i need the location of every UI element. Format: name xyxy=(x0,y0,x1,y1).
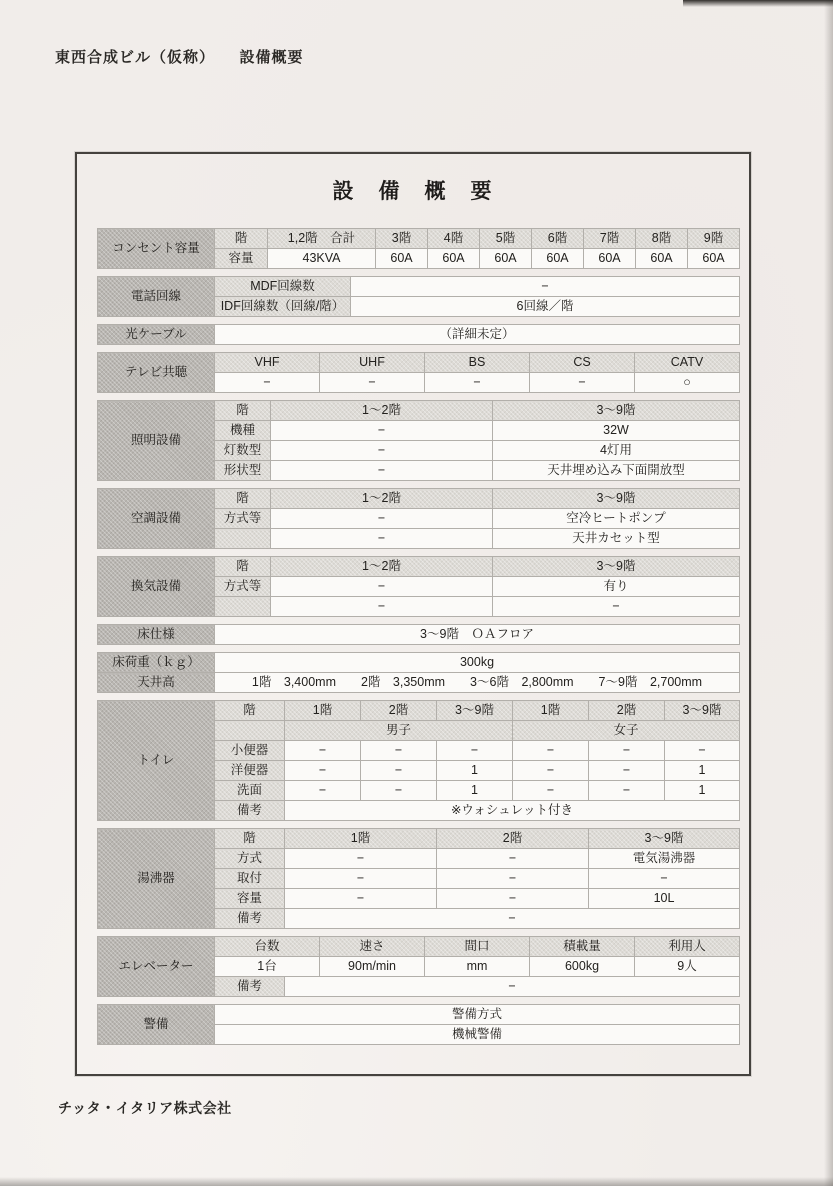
cell-value: 1台 xyxy=(215,957,320,977)
section-label: テレビ共聴 xyxy=(98,353,215,393)
column-header: 9階 xyxy=(688,229,740,249)
row-label: 洋便器 xyxy=(215,761,285,781)
row-label: 取付 xyxy=(215,869,285,889)
column-header: 2階 xyxy=(589,701,665,721)
column-header: CATV xyxy=(635,353,740,373)
gender-header-female: 女子 xyxy=(513,721,740,741)
row-label: 容量 xyxy=(215,889,285,909)
table-row: 警備 警備方式 xyxy=(98,1005,740,1025)
table-optical-cable: 光ケーブル （詳細未定） xyxy=(97,324,740,345)
cell-value: 空冷ヒートポンプ xyxy=(493,509,740,529)
column-header: VHF xyxy=(215,353,320,373)
column-header: 3階 xyxy=(376,229,428,249)
cell-value: − xyxy=(351,277,740,297)
row-label: 階 xyxy=(215,557,271,577)
table-row: コンセント容量 階 1,2階 合計 3階 4階 5階 6階 7階 8階 9階 xyxy=(98,229,740,249)
column-header: UHF xyxy=(320,353,425,373)
cell-value: 電気湯沸器 xyxy=(589,849,740,869)
cell-value: − xyxy=(271,509,493,529)
cell-value: − xyxy=(589,869,740,889)
table-floor-spec: 床仕様 3～9階 ＯＡフロア xyxy=(97,624,740,645)
cell-value: 600kg xyxy=(530,957,635,977)
table-row: トイレ 階 1階 2階 3～9階 1階 2階 3～9階 xyxy=(98,701,740,721)
table-row: エレベーター 台数 速さ 間口 積載量 利用人 xyxy=(98,937,740,957)
table-security: 警備 警備方式 機械警備 xyxy=(97,1004,740,1045)
cell-value: 60A xyxy=(376,249,428,269)
company-name: チッタ・イタリア株式会社 xyxy=(58,1098,232,1118)
column-header: 5階 xyxy=(480,229,532,249)
row-label xyxy=(215,529,271,549)
table-row: 換気設備 階 1～2階 3～9階 xyxy=(98,557,740,577)
scanned-document-page: 東西合成ビル（仮称） 設備概要 設 備 概 要 コンセント容量 階 1,2階 合… xyxy=(0,0,833,1186)
table-ventilation: 換気設備 階 1～2階 3～9階 方式等 − 有り − − xyxy=(97,556,740,617)
cell-value: − xyxy=(589,781,665,801)
row-label xyxy=(215,721,285,741)
column-header: CS xyxy=(530,353,635,373)
scan-edge-shadow-top xyxy=(683,0,833,7)
cell-value: − xyxy=(361,741,437,761)
row-label: 機種 xyxy=(215,421,271,441)
section-label: 床荷重（ｋｇ） xyxy=(98,653,215,673)
cell-value: 60A xyxy=(428,249,480,269)
cell-value: − xyxy=(271,441,493,461)
column-header: 3～9階 xyxy=(665,701,740,721)
catv-available-mark: ○ xyxy=(635,373,740,393)
section-label: 床仕様 xyxy=(98,625,215,645)
section-label: 電話回線 xyxy=(98,277,215,317)
column-header: 1～2階 xyxy=(271,401,493,421)
table-tv-reception: テレビ共聴 VHF UHF BS CS CATV − − − − ○ xyxy=(97,352,740,393)
cell-value: 天井埋め込み下面開放型 xyxy=(493,461,740,481)
cell-value: 警備方式 xyxy=(215,1005,740,1025)
scan-edge-shadow-right xyxy=(824,0,833,1186)
cell-value: 機械警備 xyxy=(215,1025,740,1045)
cell-value: − xyxy=(271,529,493,549)
cell-value: 43KVA xyxy=(268,249,376,269)
table-row: 天井高 1階 3,400mm 2階 3,350mm 3～6階 2,800mm 7… xyxy=(98,673,740,693)
gender-header-male: 男子 xyxy=(285,721,513,741)
row-label: 形状型 xyxy=(215,461,271,481)
row-label: 階 xyxy=(215,401,271,421)
column-header: 1～2階 xyxy=(271,557,493,577)
table-row: 床荷重（ｋｇ） 300kg xyxy=(98,653,740,673)
cell-value: 1 xyxy=(437,781,513,801)
column-header: 2階 xyxy=(361,701,437,721)
cell-value: − xyxy=(320,373,425,393)
table-row: 光ケーブル （詳細未定） xyxy=(98,325,740,345)
cell-value: − xyxy=(285,781,361,801)
column-header: 3～9階 xyxy=(493,489,740,509)
cell-value: （詳細未定） xyxy=(215,325,740,345)
column-header: 7階 xyxy=(584,229,636,249)
cell-value: 32W xyxy=(493,421,740,441)
row-label: MDF回線数 xyxy=(215,277,351,297)
column-header: 1階 xyxy=(285,829,437,849)
column-header: 1階 xyxy=(285,701,361,721)
column-header: 2階 xyxy=(437,829,589,849)
table-row: テレビ共聴 VHF UHF BS CS CATV xyxy=(98,353,740,373)
cell-value: − xyxy=(271,597,493,617)
cell-value: 6回線／階 xyxy=(351,297,740,317)
table-water-heater: 湯沸器 階 1階 2階 3～9階 方式 − − 電気湯沸器 取付 − − − 容… xyxy=(97,828,740,929)
summary-box: 設 備 概 要 コンセント容量 階 1,2階 合計 3階 4階 5階 6階 7階… xyxy=(75,152,751,1076)
row-label: 小便器 xyxy=(215,741,285,761)
section-label: コンセント容量 xyxy=(98,229,215,269)
column-header: 速さ xyxy=(320,937,425,957)
cell-value: 有り xyxy=(493,577,740,597)
row-label: 容量 xyxy=(215,249,268,269)
cell-value: 1 xyxy=(437,761,513,781)
cell-value: − xyxy=(361,761,437,781)
row-label: IDF回線数（回線/階） xyxy=(215,297,351,317)
row-label: 階 xyxy=(215,701,285,721)
cell-value: 3～9階 ＯＡフロア xyxy=(215,625,740,645)
note-value: ※ウォシュレット付き xyxy=(285,801,740,821)
row-label: 備考 xyxy=(215,977,285,997)
section-label: 湯沸器 xyxy=(98,829,215,929)
cell-value: − xyxy=(530,373,635,393)
cell-value: − xyxy=(271,577,493,597)
cell-value: − xyxy=(513,781,589,801)
cell-value: 60A xyxy=(636,249,688,269)
cell-value: − xyxy=(437,889,589,909)
cell-value: − xyxy=(271,421,493,441)
cell-value: − xyxy=(271,461,493,481)
row-label: 方式等 xyxy=(215,509,271,529)
table-air-conditioning: 空調設備 階 1～2階 3～9階 方式等 − 空冷ヒートポンプ − 天井カセット… xyxy=(97,488,740,549)
cell-value: − xyxy=(285,869,437,889)
table-row: 照明設備 階 1～2階 3～9階 xyxy=(98,401,740,421)
cell-value: − xyxy=(589,761,665,781)
note-value: − xyxy=(285,977,740,997)
row-label: 方式 xyxy=(215,849,285,869)
table-row: 電話回線 MDF回線数 − xyxy=(98,277,740,297)
row-label: 洗面 xyxy=(215,781,285,801)
cell-value: 60A xyxy=(532,249,584,269)
column-header: 1,2階 合計 xyxy=(268,229,376,249)
cell-value: 300kg xyxy=(215,653,740,673)
column-header: 6階 xyxy=(532,229,584,249)
column-header: 台数 xyxy=(215,937,320,957)
document-header: 東西合成ビル（仮称） 設備概要 xyxy=(55,46,304,67)
section-label: 換気設備 xyxy=(98,557,215,617)
cell-value: 9人 xyxy=(635,957,740,977)
cell-value: − xyxy=(285,889,437,909)
column-header: 3～9階 xyxy=(493,557,740,577)
cell-value: − xyxy=(513,741,589,761)
note-value: − xyxy=(285,909,740,929)
section-label: 天井高 xyxy=(98,673,215,693)
row-label xyxy=(215,597,271,617)
table-toilet: トイレ 階 1階 2階 3～9階 1階 2階 3～9階 男子 女子 小便器 − … xyxy=(97,700,740,821)
row-label: 備考 xyxy=(215,909,285,929)
table-floor-load-ceiling: 床荷重（ｋｇ） 300kg 天井高 1階 3,400mm 2階 3,350mm … xyxy=(97,652,740,693)
column-header: BS xyxy=(425,353,530,373)
section-label: トイレ xyxy=(98,701,215,821)
cell-value: − xyxy=(493,597,740,617)
column-header: 利用人 xyxy=(635,937,740,957)
summary-title: 設 備 概 要 xyxy=(77,178,749,206)
section-label: エレベーター xyxy=(98,937,215,997)
cell-value: 4灯用 xyxy=(493,441,740,461)
row-label: 備考 xyxy=(215,801,285,821)
cell-value: − xyxy=(285,741,361,761)
cell-value: 1 xyxy=(665,761,740,781)
section-label: 光ケーブル xyxy=(98,325,215,345)
cell-value: − xyxy=(437,849,589,869)
cell-value: − xyxy=(285,761,361,781)
cell-value: 60A xyxy=(480,249,532,269)
column-header: 3～9階 xyxy=(493,401,740,421)
cell-value: − xyxy=(215,373,320,393)
cell-value: − xyxy=(665,741,740,761)
column-header: 1階 xyxy=(513,701,589,721)
cell-value: 10L xyxy=(589,889,740,909)
table-row: 床仕様 3～9階 ＯＡフロア xyxy=(98,625,740,645)
row-label: 階 xyxy=(215,829,285,849)
table-lighting: 照明設備 階 1～2階 3～9階 機種 − 32W 灯数型 − 4灯用 形状型 … xyxy=(97,400,740,481)
cell-value: − xyxy=(361,781,437,801)
column-header: 1～2階 xyxy=(271,489,493,509)
scan-edge-shadow-bottom xyxy=(0,1177,833,1186)
cell-value: 90m/min xyxy=(320,957,425,977)
row-label: 灯数型 xyxy=(215,441,271,461)
row-label: 階 xyxy=(215,489,271,509)
cell-value: − xyxy=(589,741,665,761)
table-row: 湯沸器 階 1階 2階 3～9階 xyxy=(98,829,740,849)
cell-value: − xyxy=(437,741,513,761)
row-label: 方式等 xyxy=(215,577,271,597)
column-header: 積載量 xyxy=(530,937,635,957)
column-header: 8階 xyxy=(636,229,688,249)
cell-value: − xyxy=(285,849,437,869)
cell-value: mm xyxy=(425,957,530,977)
cell-value: − xyxy=(437,869,589,889)
row-label: 階 xyxy=(215,229,268,249)
section-label: 照明設備 xyxy=(98,401,215,481)
cell-value: 天井カセット型 xyxy=(493,529,740,549)
cell-value: 1階 3,400mm 2階 3,350mm 3～6階 2,800mm 7～9階 … xyxy=(215,673,740,693)
section-label: 空調設備 xyxy=(98,489,215,549)
cell-value: − xyxy=(425,373,530,393)
column-header: 4階 xyxy=(428,229,480,249)
table-phone-lines: 電話回線 MDF回線数 − IDF回線数（回線/階） 6回線／階 xyxy=(97,276,740,317)
column-header: 3～9階 xyxy=(437,701,513,721)
table-row: 空調設備 階 1～2階 3～9階 xyxy=(98,489,740,509)
table-outlet-capacity: コンセント容量 階 1,2階 合計 3階 4階 5階 6階 7階 8階 9階 容… xyxy=(97,228,740,269)
table-elevator: エレベーター 台数 速さ 間口 積載量 利用人 1台 90m/min mm 60… xyxy=(97,936,740,997)
cell-value: 1 xyxy=(665,781,740,801)
cell-value: 60A xyxy=(688,249,740,269)
column-header: 間口 xyxy=(425,937,530,957)
section-label: 警備 xyxy=(98,1005,215,1045)
cell-value: 60A xyxy=(584,249,636,269)
cell-value: − xyxy=(513,761,589,781)
column-header: 3～9階 xyxy=(589,829,740,849)
